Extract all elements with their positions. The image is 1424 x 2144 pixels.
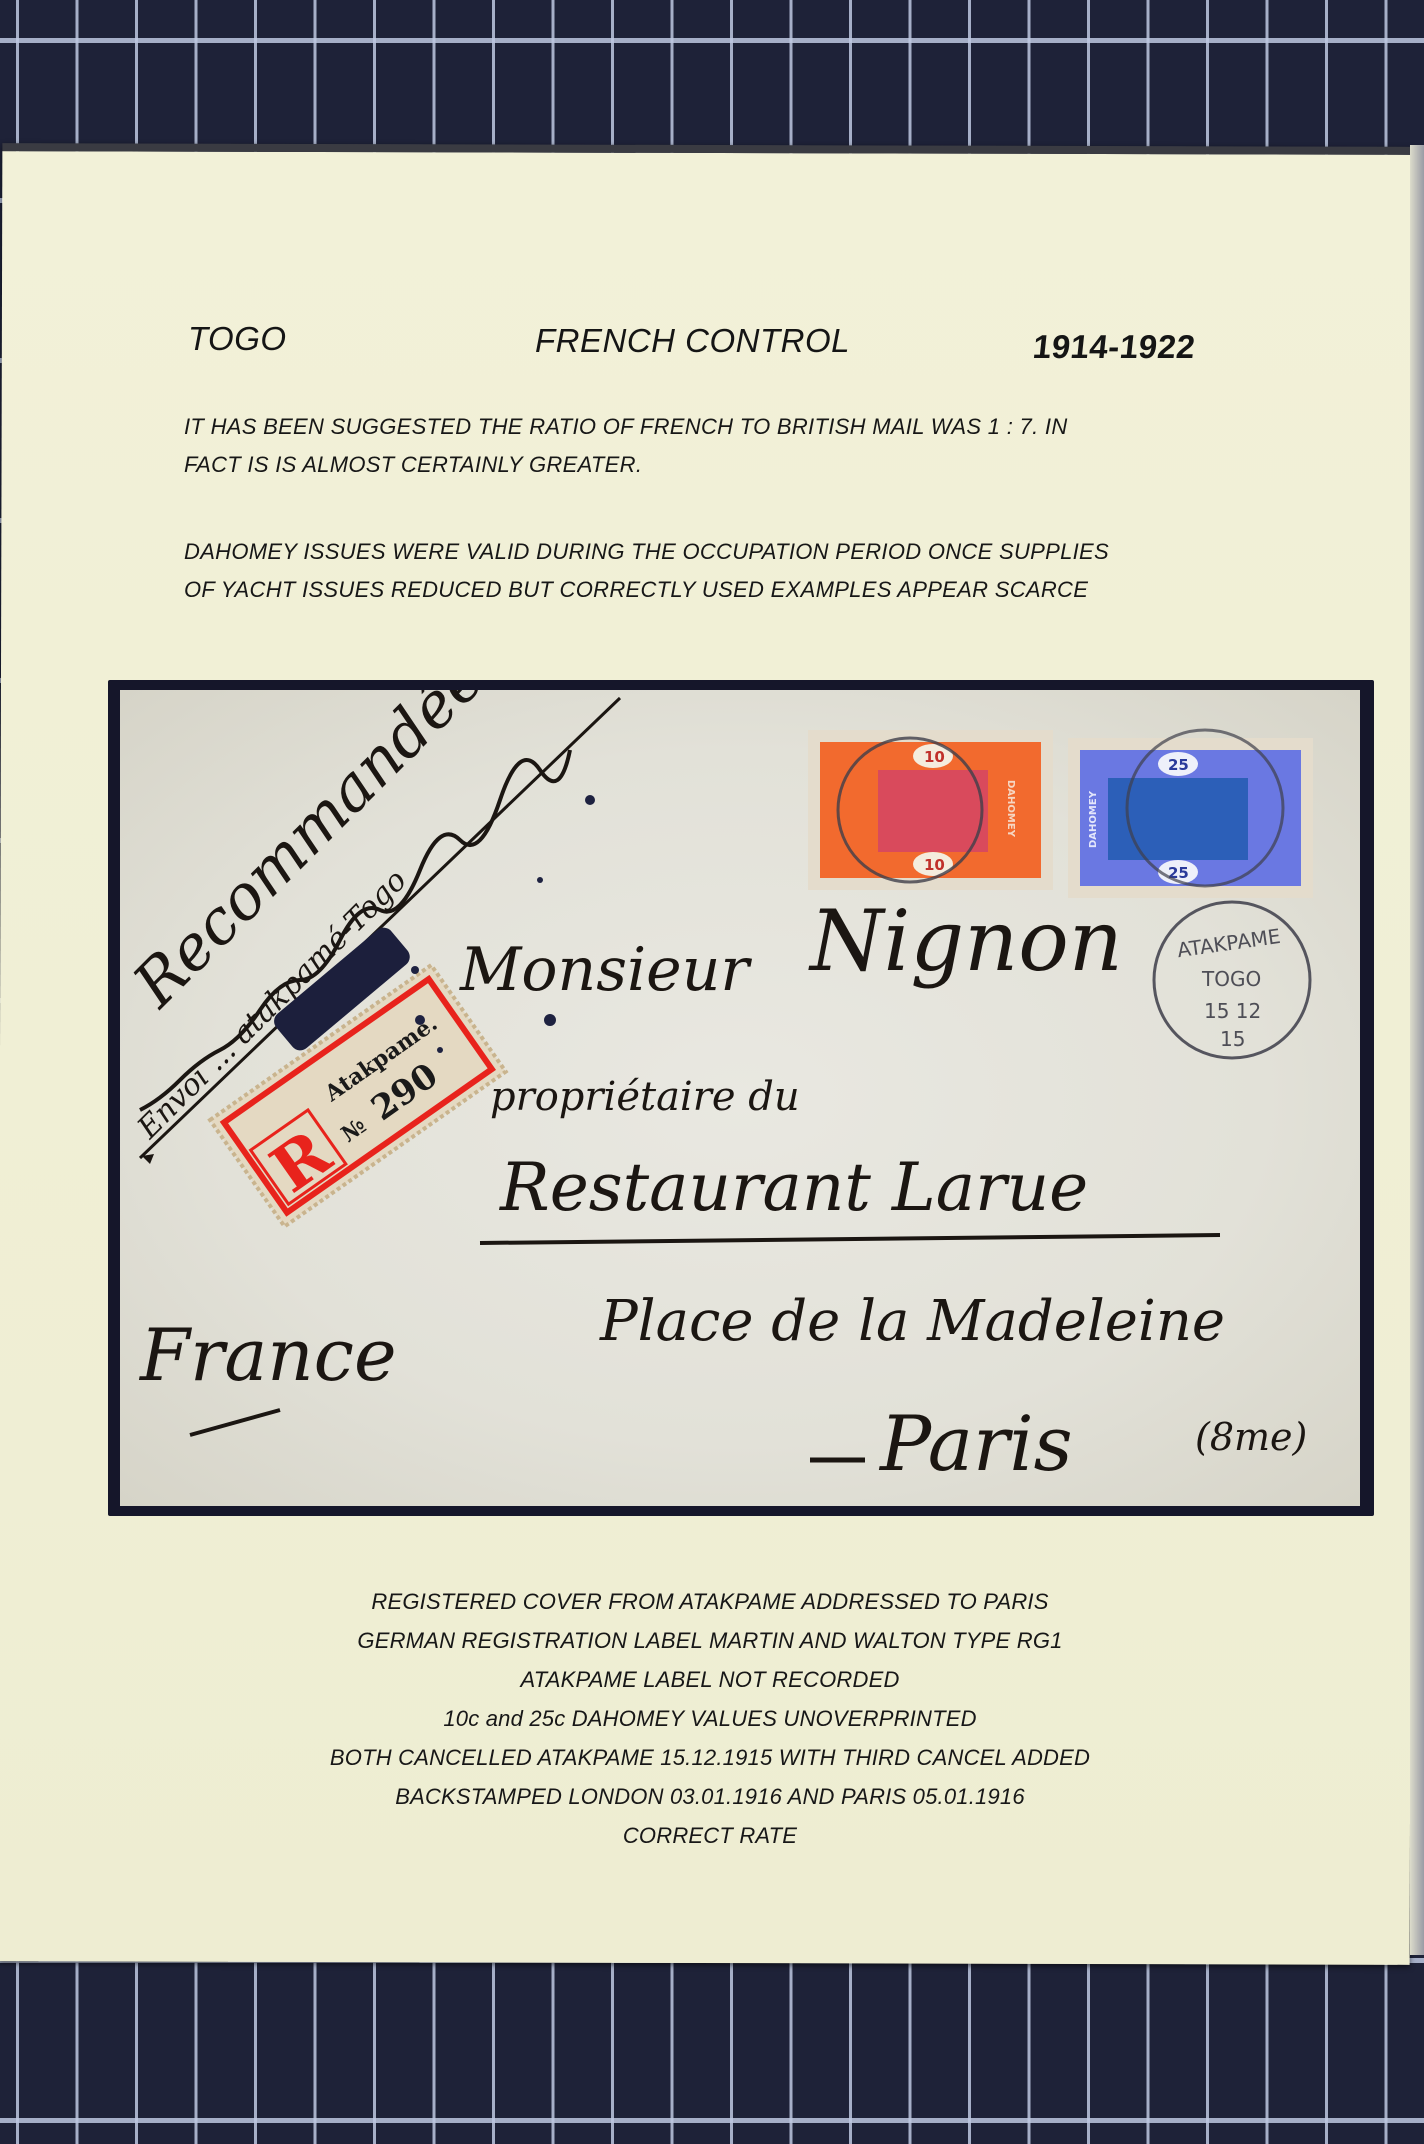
postmark-territory: TOGO bbox=[1201, 967, 1261, 991]
stamp-value: 25 bbox=[1168, 756, 1189, 774]
stamp-10c: 10 10 DAHOMEY bbox=[808, 730, 1053, 890]
paragraph-line: OF YACHT ISSUES REDUCED BUT CORRECTLY US… bbox=[184, 571, 1264, 609]
caption-line: CORRECT RATE bbox=[240, 1816, 1180, 1855]
address-city: Paris bbox=[878, 1399, 1073, 1488]
country-underline bbox=[190, 1410, 280, 1435]
address-restaurant: Restaurant Larue bbox=[499, 1149, 1088, 1226]
caption-line: 10c and 25c DAHOMEY VALUES UNOVERPRINTED bbox=[240, 1699, 1180, 1738]
postmark-town: ATAKPAME bbox=[1176, 924, 1282, 962]
caption-line: BACKSTAMPED LONDON 03.01.1916 AND PARIS … bbox=[240, 1777, 1180, 1816]
address-underline bbox=[480, 1235, 1220, 1243]
stamp-country: DAHOMEY bbox=[1088, 790, 1099, 848]
stamp-value: 10 bbox=[924, 748, 945, 766]
stamp-value: 10 bbox=[924, 856, 945, 874]
address-arrondissement: (8me) bbox=[1195, 1415, 1307, 1459]
header-country: TOGO bbox=[188, 320, 287, 358]
cover-artwork: Recommandée Envoi ... atakpamé-Togo R At… bbox=[120, 690, 1360, 1506]
paragraph-line: DAHOMEY ISSUES WERE VALID DURING THE OCC… bbox=[184, 533, 1264, 571]
caption-line: GERMAN REGISTRATION LABEL MARTIN AND WAL… bbox=[240, 1621, 1180, 1660]
postmark-year: 15 bbox=[1220, 1027, 1245, 1051]
address-monsieur: Monsieur bbox=[459, 935, 752, 1005]
registered-cover: Recommandée Envoi ... atakpamé-Togo R At… bbox=[120, 690, 1360, 1506]
address-proprietaire: propriétaire du bbox=[490, 1074, 800, 1120]
intro-paragraph-ratio: IT HAS BEEN SUGGESTED THE RATIO OF FRENC… bbox=[184, 408, 1264, 484]
caption-line: REGISTERED COVER FROM ATAKPAME ADDRESSED… bbox=[240, 1582, 1180, 1621]
caption-line: ATAKPAME LABEL NOT RECORDED bbox=[240, 1660, 1180, 1699]
caption-line: BOTH CANCELLED ATAKPAME 15.12.1915 WITH … bbox=[240, 1738, 1180, 1777]
intro-paragraph-dahomey: DAHOMEY ISSUES WERE VALID DURING THE OCC… bbox=[184, 533, 1264, 609]
paragraph-line: FACT IS IS ALMOST CERTAINLY GREATER. bbox=[184, 446, 1264, 484]
address-street: Place de la Madeleine bbox=[599, 1289, 1225, 1354]
postmark-atakpame: ATAKPAME TOGO 15 12 15 bbox=[1154, 902, 1310, 1058]
stamp-25c: 25 25 DAHOMEY bbox=[1068, 738, 1313, 898]
header-period: 1914-1922 bbox=[1031, 328, 1197, 366]
address-country: France bbox=[138, 1313, 397, 1397]
paragraph-line: IT HAS BEEN SUGGESTED THE RATIO OF FRENC… bbox=[184, 408, 1264, 446]
address-name: Nignon bbox=[808, 892, 1123, 990]
page-protector-edge bbox=[1410, 145, 1424, 1955]
header-subject: FRENCH CONTROL bbox=[535, 322, 850, 360]
postmark-date: 15 12 bbox=[1204, 999, 1261, 1023]
stamp-country: DAHOMEY bbox=[1005, 780, 1016, 838]
cover-caption: REGISTERED COVER FROM ATAKPAME ADDRESSED… bbox=[240, 1582, 1180, 1855]
